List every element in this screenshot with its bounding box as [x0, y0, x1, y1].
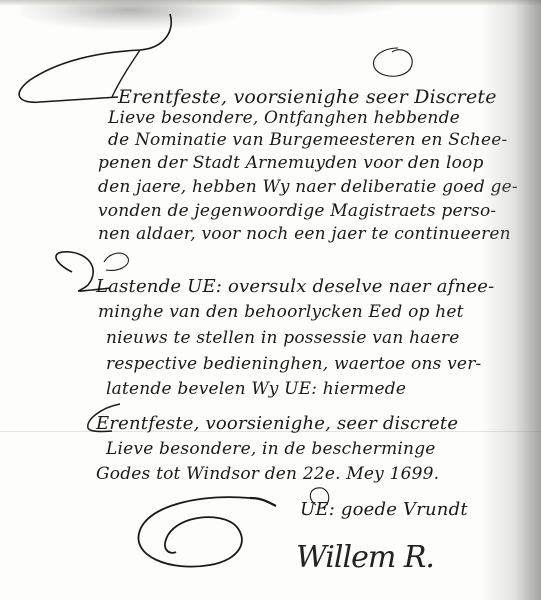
- scan-shadow-edge: [481, 0, 541, 600]
- letter-line: vonden de jegenwoordige Magistraets pers…: [98, 201, 496, 221]
- letter-line: Godes tot Windsor den 22e. Mey 1699.: [96, 464, 439, 484]
- letter-line: Erentfeste, voorsienighe seer Discrete: [118, 86, 497, 108]
- letter-line: de Nominatie van Burgemeesteren en Schee…: [108, 130, 507, 150]
- letter-line: latende bevelen Wy UE: hiermede: [106, 379, 406, 399]
- letter-page: Erentfeste, voorsienighe seer Discrete L…: [0, 0, 541, 600]
- letter-line: penen der Stadt Arnemuyden voor den loop: [98, 153, 484, 173]
- closing-line: UE: goede Vrundt: [300, 499, 468, 520]
- letter-line: respective bedieninghen, waertoe ons ver…: [106, 354, 481, 374]
- letter-line: minghe van den behoorlycken Eed op het: [98, 302, 464, 322]
- letter-line: den jaere, hebben Wy naer deliberatie go…: [98, 177, 518, 197]
- letter-line: Erentfeste, voorsienighe, seer discrete: [96, 413, 458, 434]
- letter-line: nieuws te stellen in possessie van haere: [106, 328, 459, 348]
- letter-line: Lieve besondere, in de bescherminge: [106, 439, 436, 459]
- letter-line: Lieve besondere, Ontfanghen hebbende: [108, 108, 460, 128]
- signature: Willem R.: [296, 540, 434, 575]
- letter-line: Lastende UE: oversulx deselve naer afnee…: [96, 276, 494, 297]
- letter-line: nen aldaer, voor noch een jaer te contin…: [98, 224, 511, 244]
